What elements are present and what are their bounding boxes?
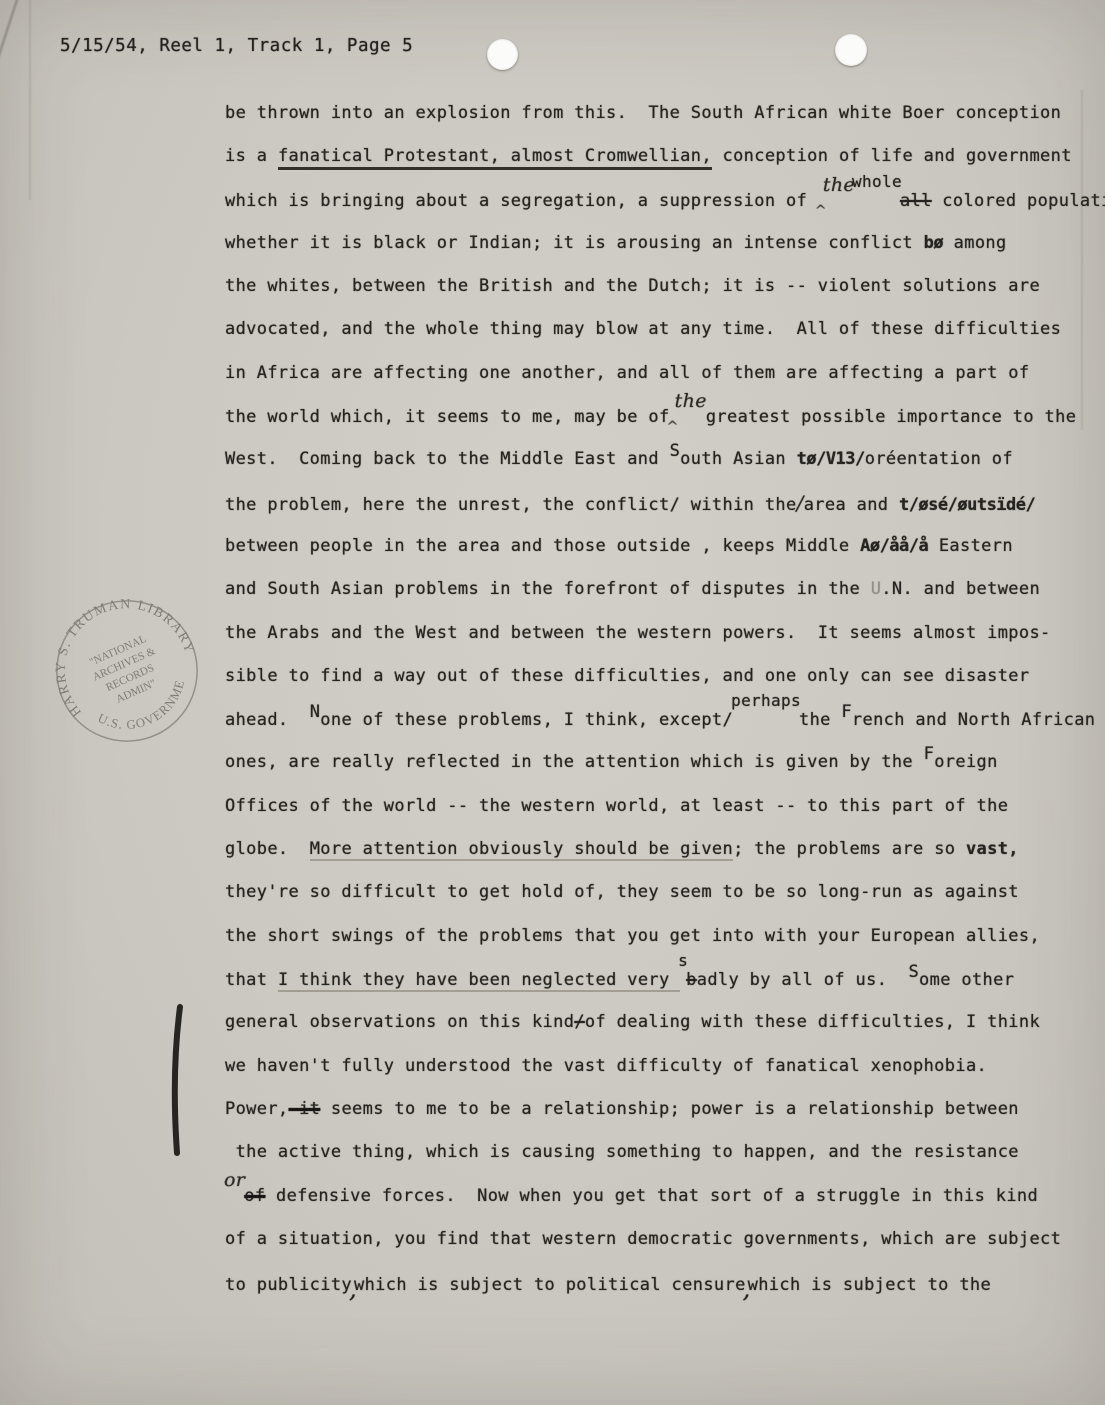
text-segment: b	[686, 970, 697, 990]
text-segment: ,	[349, 1275, 357, 1303]
text-segment: t/øsé/øutsïdé/	[899, 495, 1035, 515]
text-segment: which is subject to political censure	[354, 1275, 746, 1295]
text-line: sible to find a way out of these difficu…	[225, 655, 1095, 698]
text-segment: is a	[225, 146, 278, 166]
text-segment: oreign	[934, 752, 998, 772]
text-segment: between people in the area and those out…	[225, 536, 860, 556]
text-segment: they're so difficult to get hold of, the…	[225, 882, 1019, 902]
text-line: West. Coming back to the Middle East and…	[225, 438, 1095, 481]
text-line: the problem, here the unrest, the confli…	[225, 482, 1095, 525]
text-line: the whites, between the British and the …	[225, 265, 1095, 308]
text-line: we haven't fully understood the vast dif…	[225, 1045, 1095, 1088]
text-line: the active thing, which is causing somet…	[225, 1131, 1095, 1174]
text-segment: oréentation of	[865, 449, 1013, 469]
text-segment: fanatical Protestant, almost Cromwellian…	[278, 146, 712, 170]
document-lines: be thrown into an explosion from this. T…	[225, 92, 1095, 1304]
text-segment: ; the problems are so	[733, 839, 966, 859]
text-line: is a fanatical Protestant, almost Cromwe…	[225, 135, 1095, 178]
text-line: advocated, and the whole thing may blow …	[225, 308, 1095, 351]
text-segment: the short swings of the problems that yo…	[225, 926, 1040, 946]
text-line: they're so difficult to get hold of, the…	[225, 871, 1095, 914]
text-segment: be thrown into an explosion from this. T…	[225, 103, 1061, 123]
text-segment: area and	[804, 495, 899, 515]
punch-hole	[835, 34, 867, 66]
text-segment: the	[823, 174, 855, 196]
text-segment: perhaps	[731, 691, 801, 710]
text-segment: Eastern	[928, 536, 1013, 556]
text-segment: ,	[743, 1275, 751, 1303]
text-segment: the Arabs and the West and between the w…	[225, 623, 1051, 643]
punch-hole	[487, 39, 518, 70]
text-segment: whether it is black or Indian; it is aro…	[225, 233, 924, 253]
text-segment: which is subject to the	[748, 1275, 991, 1295]
text-segment: the active thing, which is causing somet…	[225, 1142, 1019, 1162]
text-segment: U	[871, 579, 882, 599]
text-segment: .N. and between	[881, 579, 1040, 599]
scanned-page: 5/15/54, Reel 1, Track 1, Page 5 be thro…	[0, 0, 1105, 1405]
text-line: ahead. None of these problems, I think, …	[225, 698, 1095, 741]
text-line: between people in the area and those out…	[225, 525, 1095, 568]
text-segment: whole	[852, 172, 902, 191]
text-segment: West. Coming back to the Middle East and	[225, 449, 670, 469]
text-segment: rench and North African	[852, 710, 1095, 730]
text-segment: S	[670, 441, 681, 461]
text-segment: the problem, here the unrest, the confli…	[225, 495, 797, 515]
text-segment: adly by all of us.	[697, 970, 909, 990]
text-segment: of a situation, you find that western de…	[225, 1229, 1061, 1249]
text-segment: colored population	[932, 191, 1105, 211]
text-line: in Africa are affecting one another, and…	[225, 352, 1095, 395]
text-segment: and South Asian problems in the forefron…	[225, 579, 871, 599]
text-segment: S	[908, 962, 919, 982]
text-segment: F	[841, 702, 852, 722]
text-line: of a situation, you find that western de…	[225, 1218, 1095, 1261]
text-line: general observations on this kind/of dea…	[225, 1001, 1095, 1044]
text-segment: /	[797, 491, 804, 515]
text-segment: Offices of the world -- the western worl…	[225, 796, 1008, 816]
text-segment: one of these problems, I think, except/	[320, 710, 733, 730]
text-segment: vast,	[966, 839, 1019, 859]
text-segment: ^	[815, 203, 827, 219]
text-segment: advocated, and the whole thing may blow …	[225, 319, 1061, 339]
text-segment: seems to me to be a relationship; power …	[320, 1099, 1019, 1119]
text-line: orof defensive forces. Now when you get …	[225, 1174, 1095, 1217]
text-segment: /	[574, 1012, 585, 1032]
text-segment: it	[289, 1099, 321, 1119]
text-segment: ome other	[919, 970, 1014, 990]
margin-pen-mark	[158, 995, 198, 1165]
text-segment: ones, are really reflected in the attent…	[225, 752, 924, 772]
text-segment: tø/V13/	[797, 449, 865, 469]
text-segment: the whites, between the British and the …	[225, 276, 1040, 296]
text-segment: Power,	[225, 1099, 289, 1119]
paper-crease	[28, 0, 32, 200]
text-segment: Aø/åå/å	[860, 536, 928, 556]
text-segment: sible to find a way out of these difficu…	[225, 666, 1029, 686]
text-segment: to publicity	[225, 1275, 352, 1295]
text-segment: More attention obviously should be given	[310, 839, 733, 861]
text-segment: outh Asian	[680, 449, 796, 469]
archive-stamp: HARRY S. TRUMAN LIBRARY U.S. GOVERNMENT …	[15, 559, 239, 783]
text-segment: bø	[924, 233, 943, 253]
text-line: Power, it seems to me to be a relationsh…	[225, 1088, 1095, 1131]
text-line: the short swings of the problems that yo…	[225, 915, 1095, 958]
text-segment: which is bringing about a segregation, a…	[225, 191, 818, 211]
text-line: to publicity,which is subject to politic…	[225, 1261, 1095, 1304]
page-header: 5/15/54, Reel 1, Track 1, Page 5	[60, 36, 413, 56]
text-line: the Arabs and the West and between the w…	[225, 612, 1095, 655]
text-segment: s	[678, 951, 688, 970]
text-segment: the world which, it seems to me, may be …	[225, 407, 670, 427]
paper-crease	[0, 0, 20, 141]
text-line: and South Asian problems in the forefron…	[225, 568, 1095, 611]
text-segment: all	[900, 191, 932, 211]
svg-text:U.S. GOVERNMENT: U.S. GOVERNMENT	[15, 563, 198, 764]
text-segment: F	[924, 744, 935, 764]
text-segment: I think they have been neglected very	[278, 970, 680, 992]
text-line: ones, are really reflected in the attent…	[225, 741, 1095, 784]
text-segment: greatest possible importance to the	[706, 407, 1076, 427]
text-segment: in Africa are affecting one another, and…	[225, 363, 1029, 383]
text-segment: defensive forces. Now when you get that …	[265, 1186, 1038, 1206]
text-segment: among	[943, 233, 1007, 253]
text-line: that I think they have been neglected ve…	[225, 958, 1095, 1001]
text-segment: the	[799, 710, 841, 730]
text-segment: conception of life and government	[712, 146, 1072, 166]
text-segment: of dealing with these difficulties, I th…	[585, 1012, 1040, 1032]
stamp-bottom-text: U.S. GOVERNMENT	[15, 563, 198, 764]
text-segment: N	[310, 702, 321, 722]
text-segment: or	[224, 1169, 245, 1191]
text-line: be thrown into an explosion from this. T…	[225, 92, 1095, 135]
text-segment: that	[225, 970, 278, 990]
text-line: which is bringing about a segregation, a…	[225, 179, 1095, 222]
text-segment: ^	[667, 419, 679, 435]
text-line: the world which, it seems to me, may be …	[225, 395, 1095, 438]
text-line: Offices of the world -- the western worl…	[225, 785, 1095, 828]
text-segment: of	[244, 1186, 265, 1206]
text-segment: general observations on this kind	[225, 1012, 574, 1032]
text-line: globe. More attention obviously should b…	[225, 828, 1095, 871]
text-segment: the	[675, 390, 707, 412]
text-segment: we haven't fully understood the vast dif…	[225, 1056, 987, 1076]
text-line: whether it is black or Indian; it is aro…	[225, 222, 1095, 265]
text-segment: globe.	[225, 839, 310, 859]
